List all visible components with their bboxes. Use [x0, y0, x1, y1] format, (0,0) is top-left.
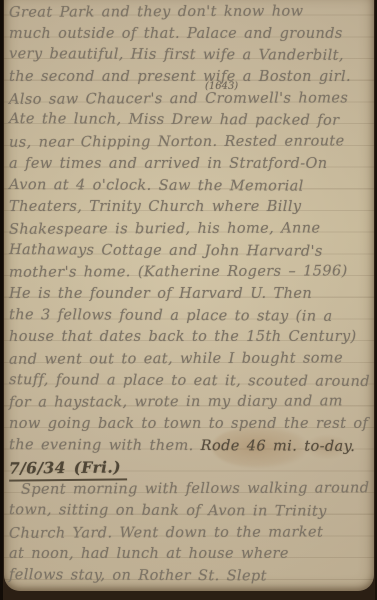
handwritten-line: town, sitting on bank of Avon in Trinity	[9, 500, 372, 524]
handwritten-line: now going back to town to spend the rest…	[9, 414, 372, 436]
mileage-note: Rode 46 mi. to-day.	[201, 438, 356, 455]
notebook-photo: Great Park and they don't know how much …	[0, 0, 377, 600]
handwritten-line: He is the founder of Harvard U. Then	[9, 284, 372, 306]
handwritten-line: the second and present wife a Boston gir…	[9, 67, 372, 89]
handwritten-line: Great Park and they don't know how	[9, 1, 372, 24]
handwritten-line-closing: the evening with them. Rode 46 mi. to-da…	[9, 435, 372, 459]
handwritten-line: Spent morning with fellows walking aroun…	[9, 478, 372, 501]
entry-date-heading: 7/6/34 (Fri.)	[9, 457, 127, 482]
handwritten-line: the 3 fellows found a place to stay (in …	[9, 305, 372, 329]
closing-text: the evening with them.	[9, 437, 201, 454]
handwritten-line: and went out to eat, while I bought some	[9, 348, 372, 371]
handwritten-line: stuff, found a place to eat it, scouted …	[9, 370, 372, 394]
handwritten-line: for a haystack, wrote in my diary and am	[9, 392, 372, 415]
handwritten-text-block: Great Park and they don't know how much …	[4, 2, 374, 588]
handwritten-line: much outside of that. Palace and grounds	[9, 24, 372, 46]
handwritten-line-with-note: Also saw Chaucer's and Cromwell's homes …	[9, 88, 372, 111]
handwritten-line: very beautiful, His first wife a Vanderb…	[9, 44, 372, 68]
handwritten-line: Theaters, Trinity Church where Billy	[9, 197, 372, 219]
handwritten-line: mother's home. (Katherine Rogers – 1596)	[9, 261, 372, 284]
handwritten-line: Hathaways Cottage and John Harvard's	[9, 240, 372, 264]
handwritten-line: at noon, had lunch at house where	[9, 544, 372, 566]
handwritten-line: fellows stay, on Rother St. Slept	[9, 565, 372, 589]
handwritten-line: us, near Chipping Norton. Rested enroute	[9, 131, 372, 154]
handwritten-line: Church Yard. Went down to the market	[9, 522, 372, 545]
handwritten-line: Shakespeare is buried, his home, Anne	[9, 218, 372, 241]
handwritten-line: house that dates back to the 15th Centur…	[9, 327, 372, 349]
handwritten-line: Also saw Chaucer's and Cromwell's homes	[9, 90, 348, 107]
handwritten-line: Ate the lunch, Miss Drew had packed for	[9, 109, 372, 133]
notebook-page: Great Park and they don't know how much …	[4, 0, 374, 591]
handwritten-line: a few times and arrived in Stratford-On	[9, 154, 372, 176]
entry-date-line: 7/6/34 (Fri.)	[9, 457, 372, 479]
year-annotation: (1643)	[205, 82, 238, 92]
handwritten-line: Avon at 4 o'clock. Saw the Memorial	[9, 175, 372, 199]
